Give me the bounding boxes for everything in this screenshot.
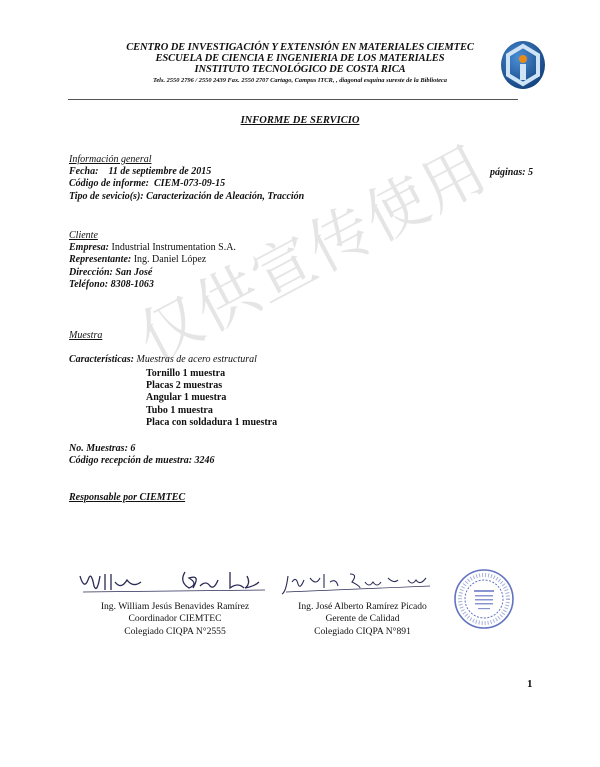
general-info-heading: Información general — [69, 154, 304, 166]
ciemtec-logo-icon — [500, 40, 546, 90]
header-divider — [68, 99, 518, 100]
tipo-row: Tipo de sevicio(s): Caracterización de A… — [69, 191, 304, 203]
signature-2-icon — [280, 568, 445, 596]
signer-1-colegiado: Colegiado CIQPA N°2555 — [75, 626, 275, 639]
codigo-recepcion-value: 3246 — [195, 455, 215, 466]
no-muestras-row: No. Muestras: 6 — [69, 443, 215, 455]
signature-block-1: Ing. William Jesús Benavides Ramírez Coo… — [75, 568, 275, 638]
representante-row: Representante: Ing. Daniel López — [69, 254, 236, 266]
direccion-value: San José — [115, 267, 152, 278]
caracteristicas-value: Muestras de acero estructural — [137, 354, 257, 365]
empresa-value: Industrial Instrumentation S.A. — [112, 242, 236, 253]
tipo-value: Caracterización de Aleación, Tracción — [146, 191, 304, 202]
signer-2-colegiado: Colegiado CIQPA N°891 — [280, 626, 445, 639]
telefono-value: 8308-1063 — [111, 279, 154, 290]
caracteristicas-row: Características: Muestras de acero estru… — [69, 354, 257, 366]
sample-list: Tornillo 1 muestra Placas 2 muestras Ang… — [146, 368, 277, 429]
list-item: Tornillo 1 muestra — [146, 368, 277, 380]
fecha-row: Fecha: 11 de septiembre de 2015 — [69, 166, 304, 178]
list-item: Placas 2 muestras — [146, 380, 277, 392]
client-heading: Cliente — [69, 230, 236, 242]
page-count: páginas: 5 — [490, 167, 533, 178]
signer-1-role: Coordinador CIEMTEC — [75, 613, 275, 626]
responsible-heading: Responsable por CIEMTEC — [69, 492, 185, 504]
telefono-row: Teléfono: 8308-1063 — [69, 279, 236, 291]
signature-1-icon — [75, 568, 275, 596]
codigo-recepcion-row: Código recepción de muestra: 3246 — [69, 455, 215, 467]
signature-block-2: Ing. José Alberto Ramírez Picado Gerente… — [280, 568, 445, 638]
empresa-row: Empresa: Industrial Instrumentation S.A. — [69, 242, 236, 254]
header-contact: Tels. 2550 2796 / 2550 2439 Fax. 2550 27… — [100, 76, 500, 85]
sample-section: Muestra Características: Muestras de ace… — [69, 330, 257, 366]
header-line-3: INSTITUTO TECNOLÓGICO DE COSTA RICA — [100, 64, 500, 75]
representante-value: Ing. Daniel López — [134, 254, 206, 265]
no-muestras-value: 6 — [130, 443, 135, 454]
page-number: 1 — [527, 678, 533, 690]
letterhead: CENTRO DE INVESTIGACIÓN Y EXTENSIÓN EN M… — [100, 42, 500, 85]
list-item: Angular 1 muestra — [146, 392, 277, 404]
list-item: Tubo 1 muestra — [146, 405, 277, 417]
responsible-heading-wrap: Responsable por CIEMTEC — [69, 492, 185, 504]
list-item: Placa con soldadura 1 muestra — [146, 417, 277, 429]
codigo-value: CIEM-073-09-15 — [154, 178, 225, 189]
direccion-row: Dirección: San José — [69, 267, 236, 279]
header-line-2: ESCUELA DE CIENCIA E INGENIERIA DE LOS M… — [100, 53, 500, 64]
sample-count-section: No. Muestras: 6 Código recepción de mues… — [69, 443, 215, 467]
client-section: Cliente Empresa: Industrial Instrumentat… — [69, 230, 236, 291]
signer-2-name: Ing. José Alberto Ramírez Picado — [280, 601, 445, 614]
signer-1-name: Ing. William Jesús Benavides Ramírez — [75, 601, 275, 614]
general-info-section: Información general Fecha: 11 de septiem… — [69, 154, 304, 203]
fecha-value: 11 de septiembre de 2015 — [108, 166, 211, 177]
codigo-row: Código de informe: CIEM-073-09-15 — [69, 178, 304, 190]
document-title: INFORME DE SERVICIO — [0, 115, 600, 126]
official-stamp-icon — [453, 568, 515, 630]
header-line-1: CENTRO DE INVESTIGACIÓN Y EXTENSIÓN EN M… — [100, 42, 500, 53]
sample-heading: Muestra — [69, 330, 257, 342]
signer-2-role: Gerente de Calidad — [280, 613, 445, 626]
